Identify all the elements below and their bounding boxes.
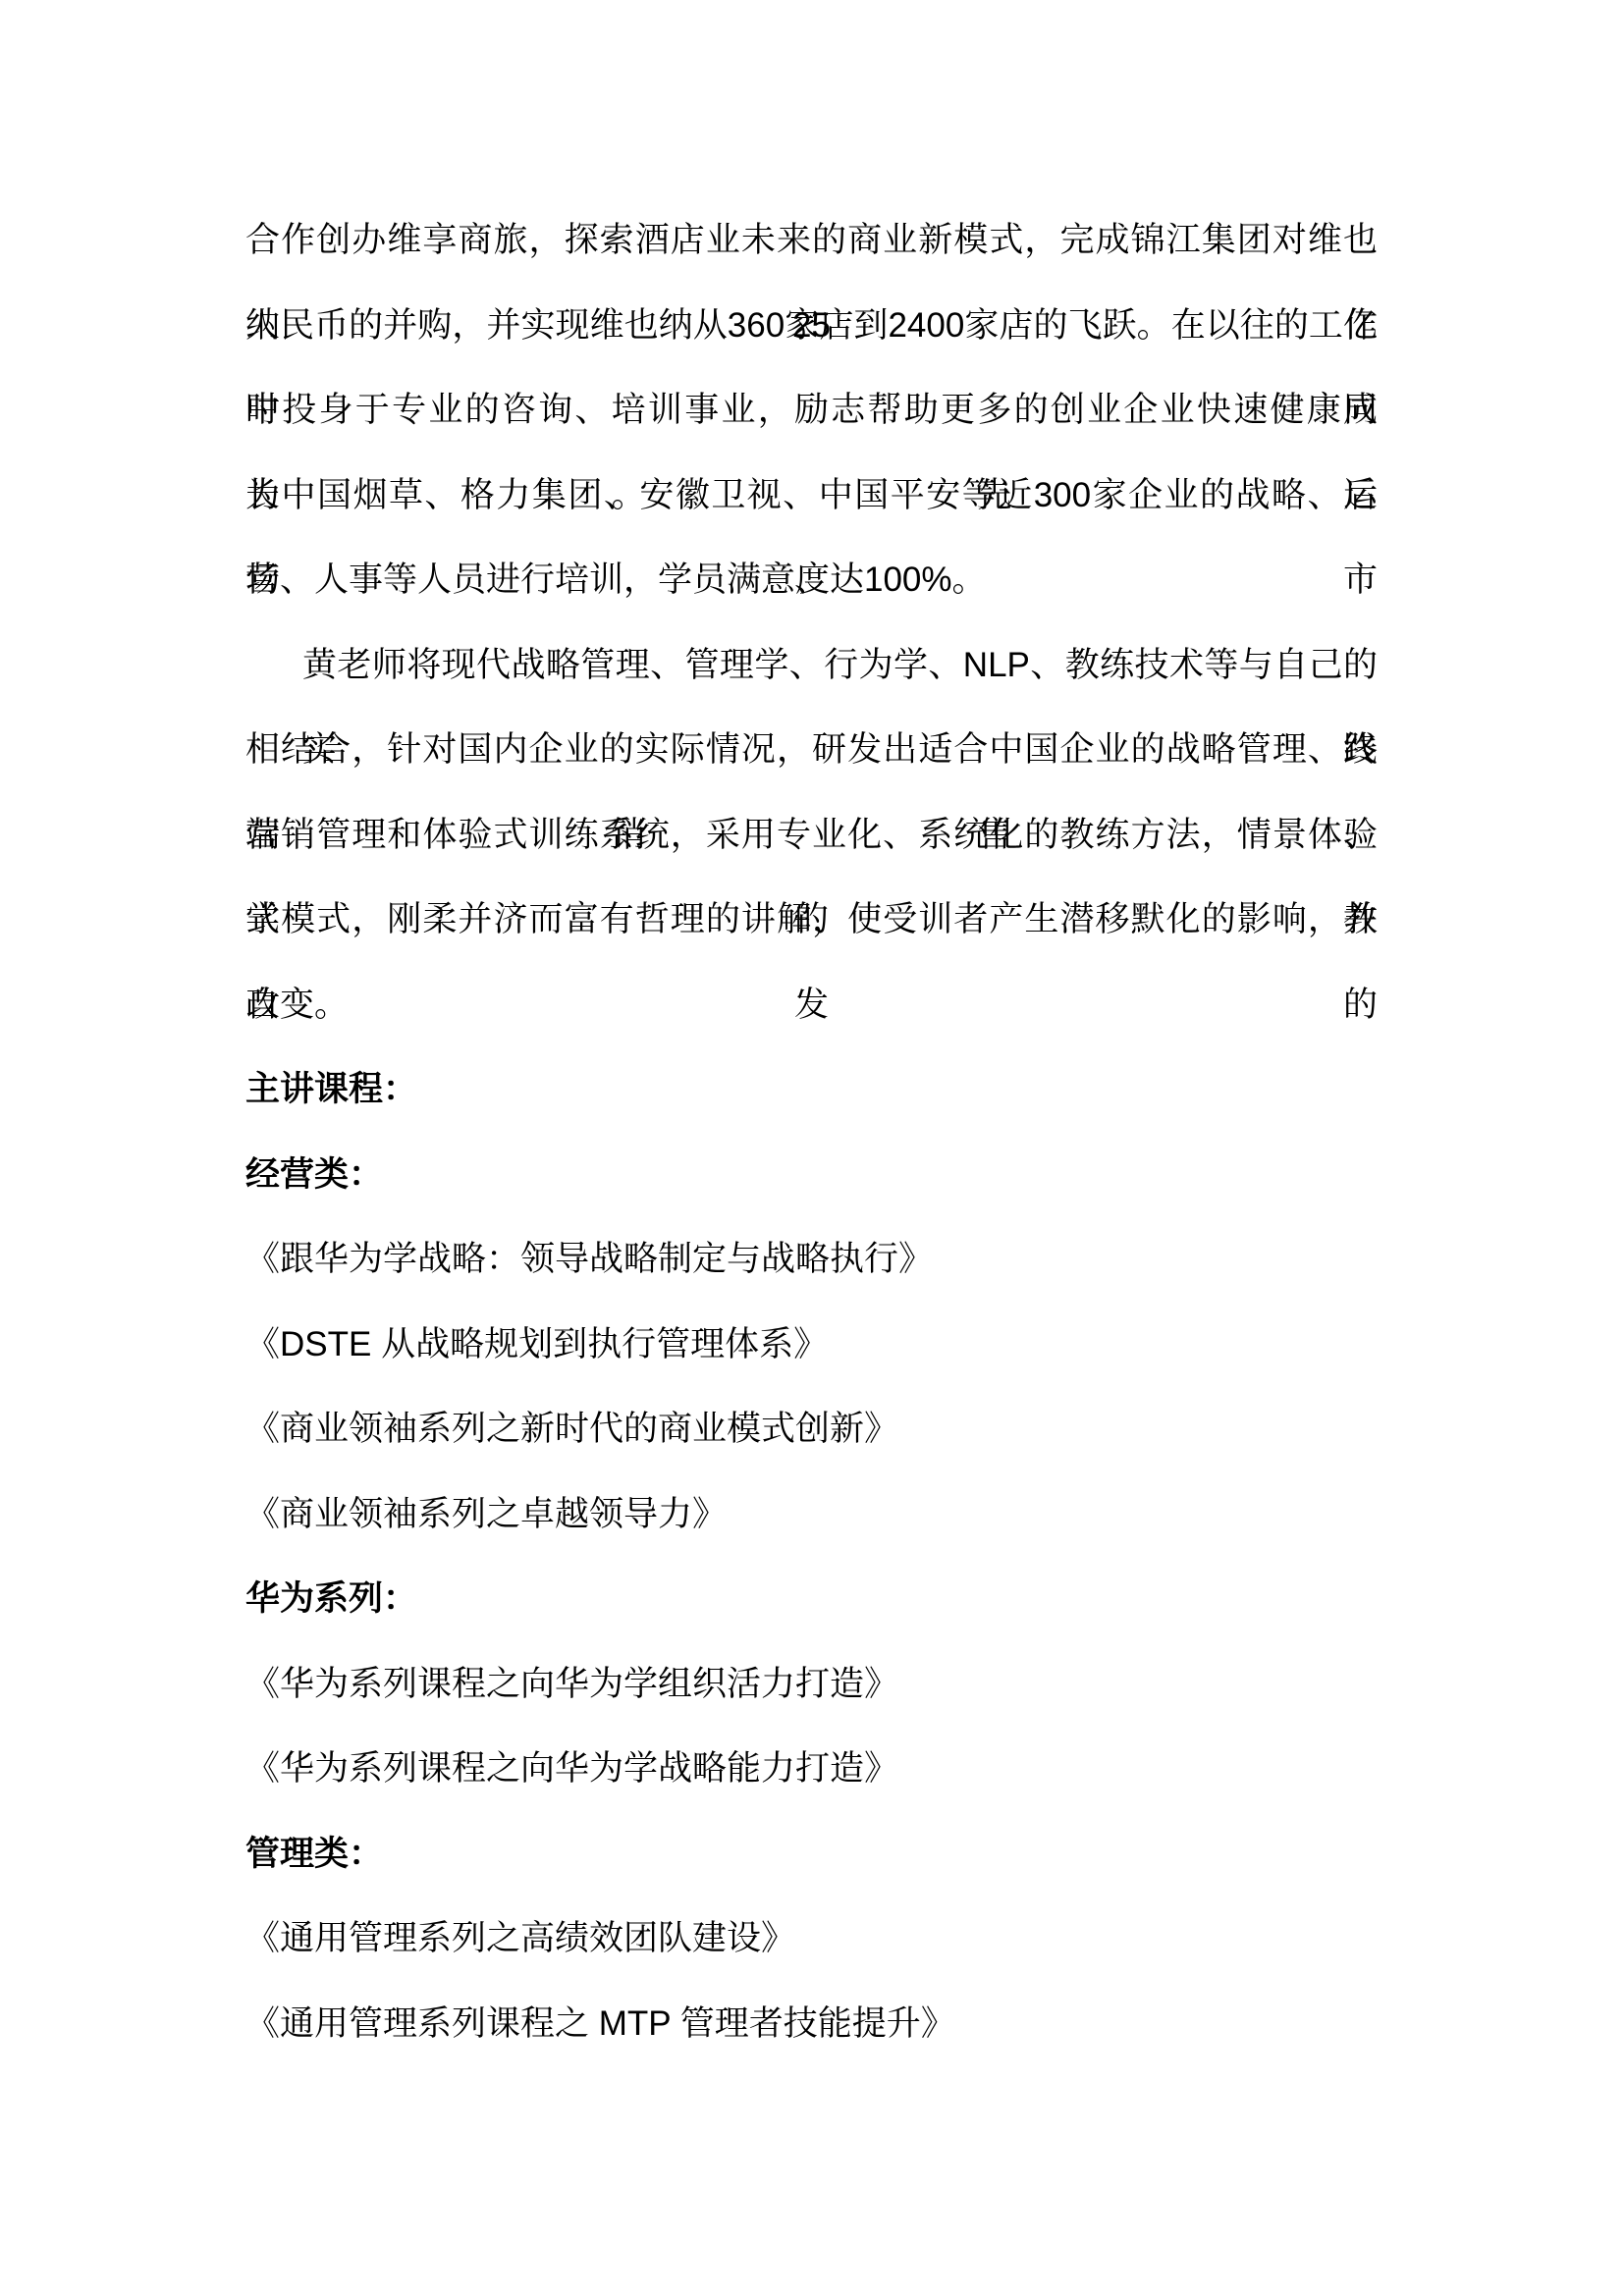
paragraph-line: 时投身于专业的咨询、培训事业，励志帮助更多的创业企业快速健康成长。先后 bbox=[245, 368, 1378, 454]
course-title: 《华为系列课程之向华为学组织活力打造》 bbox=[245, 1642, 1378, 1728]
course-title: 《商业领袖系列之卓越领导力》 bbox=[245, 1472, 1378, 1558]
course-title: 《通用管理系列之高绩效团队建设》 bbox=[245, 1896, 1378, 1982]
paragraph-line: 黄老师将现代战略管理、管理学、行为学、NLP、教练技术等与自己的实践 bbox=[245, 623, 1378, 709]
paragraph-line: 为中国烟草、格力集团、安徽卫视、中国平安等近300家企业的战略、运营、市 bbox=[245, 454, 1378, 539]
paragraph-line: 相结合，针对国内企业的实际情况，研发出适合中国企业的战略管理、终端销售、 bbox=[245, 708, 1378, 793]
paragraph-line: 合作创办维享商旅，探索酒店业未来的商业新模式，完成锦江集团对维也纳25亿 bbox=[245, 198, 1378, 284]
paragraph-line: 学模式，刚柔并济而富有哲理的讲解，使受训者产生潜移默化的影响，并自发的 bbox=[245, 878, 1378, 963]
course-title: 《通用管理系列课程之 MTP 管理者技能提升》 bbox=[245, 1982, 1378, 2067]
section-heading-management: 管理类： bbox=[245, 1812, 1378, 1897]
course-title: 《华为系列课程之向华为学战略能力打造》 bbox=[245, 1727, 1378, 1812]
course-title: 《商业领袖系列之新时代的商业模式创新》 bbox=[245, 1387, 1378, 1472]
document-page: 合作创办维享商旅，探索酒店业未来的商业新模式，完成锦江集团对维也纳25亿 人民币… bbox=[0, 0, 1624, 2296]
paragraph-line: 人民币的并购，并实现维也纳从360家店到2400家店的飞跃。在以往的工作中同 bbox=[245, 284, 1378, 369]
section-heading-main-courses: 主讲课程： bbox=[245, 1047, 1378, 1133]
section-heading-business: 经营类： bbox=[245, 1133, 1378, 1218]
course-title: 《跟华为学战略：领导战略制定与战略执行》 bbox=[245, 1217, 1378, 1303]
section-heading-huawei: 华为系列： bbox=[245, 1557, 1378, 1642]
paragraph-line: 营销管理和体验式训练系统，采用专业化、系统化的教练方法，情景体验式的教 bbox=[245, 793, 1378, 879]
course-title: 《DSTE 从战略规划到执行管理体系》 bbox=[245, 1303, 1378, 1388]
